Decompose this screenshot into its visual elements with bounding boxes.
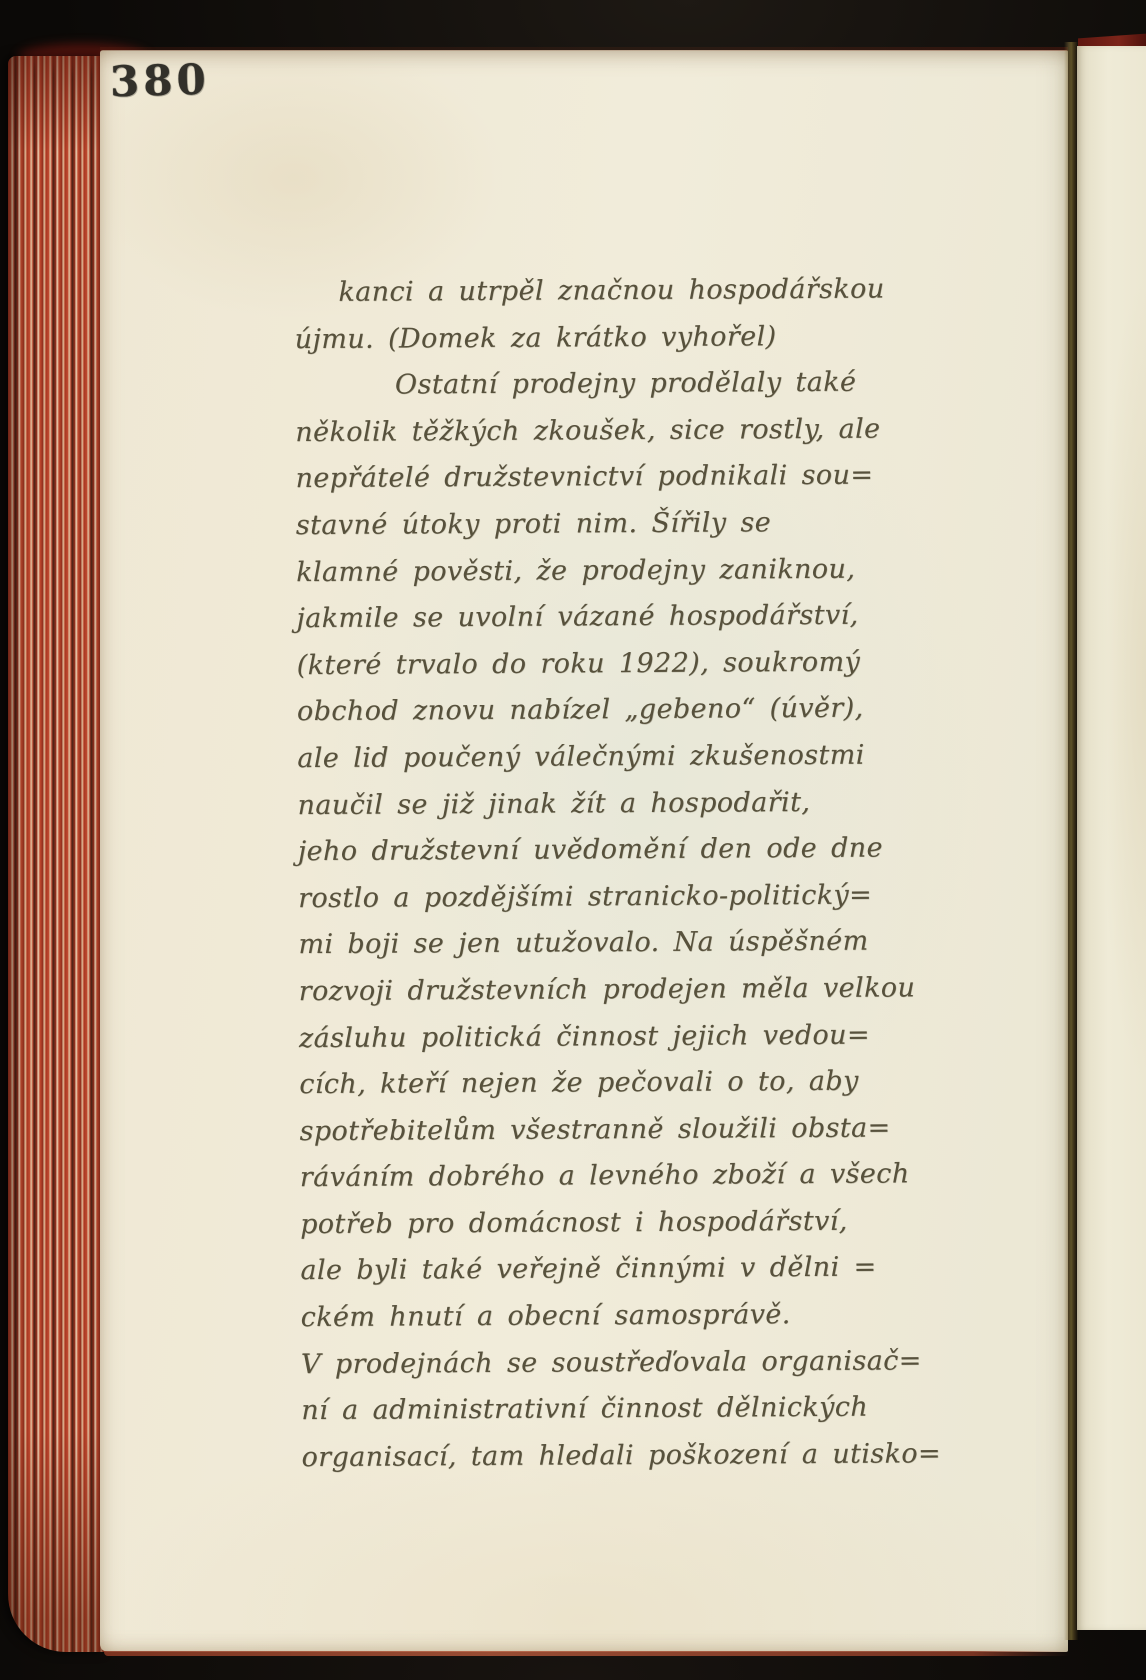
page-gutter xyxy=(1064,42,1078,1640)
handwriting-line: jeho družstevní uvědomění den ode dne xyxy=(298,825,998,876)
handwriting-line: cích, kteří nejen že pečovali o to, aby xyxy=(299,1058,999,1109)
handwriting-line: ale lid poučený válečnými zkušenostmi xyxy=(297,732,997,783)
handwriting-line: ní a administrativní činnost dělnických xyxy=(301,1384,1001,1435)
handwriting-line: újmu. (Domek za krátko vyhořel) xyxy=(295,312,995,363)
handwriting-line: několik těžkých zkoušek, sice rostly, al… xyxy=(295,406,995,457)
handwriting-line: spotřebitelům všestranně sloužili obsta= xyxy=(299,1105,999,1156)
handwriting-line: Ostatní prodejny prodělaly také xyxy=(295,359,995,410)
handwriting-line: ckém hnutí a obecní samosprávě. xyxy=(301,1291,1001,1342)
handwriting-line: V prodejnách se soustřeďovala organisač= xyxy=(301,1338,1001,1389)
handwriting-line: rozvoji družstevních prodejen měla velko… xyxy=(299,965,999,1016)
handwriting-line: potřeb pro domácnost i hospodářství, xyxy=(300,1198,1000,1249)
handwriting-line: naučil se již jinak žít a hospodařit, xyxy=(297,778,997,829)
handwriting-line: obchod znovu nabízel „gebeno“ (úvěr), xyxy=(297,685,997,736)
handwriting-block: kanci a utrpěl značnou hospodářskou újmu… xyxy=(294,266,1001,1482)
handwriting-line: jakmile se uvolní vázané hospodářství, xyxy=(296,592,996,643)
handwriting-line: kanci a utrpěl značnou hospodářskou xyxy=(294,266,994,317)
handwriting-line: (které trvalo do roku 1922), soukromý xyxy=(297,639,997,690)
handwriting-line: ráváním dobrého a levného zboží a všech xyxy=(300,1151,1000,1202)
handwriting-line: nepřátelé družstevnictví podnikali sou= xyxy=(295,452,995,503)
adjacent-page-edge xyxy=(1077,46,1146,1630)
handwriting-line: klamné pověsti, že prodejny zaniknou, xyxy=(296,545,996,596)
red-page-edge-stack xyxy=(8,56,106,1652)
handwriting-line: stavné útoky proti nim. Šířily se xyxy=(296,499,996,550)
handwriting-line: rostlo a pozdějšími stranicko-politický= xyxy=(298,872,998,923)
handwriting-line: organisací, tam hledali poškození a utis… xyxy=(301,1431,1001,1482)
handwriting-line: mi boji se jen utužovalo. Na úspěšném xyxy=(298,918,998,969)
handwriting-line: ale byli také veřejně činnými v dělni = xyxy=(300,1244,1000,1295)
handwriting-line: zásluhu politická činnost jejich vedou= xyxy=(299,1011,999,1062)
page-number-stamp: 380 xyxy=(109,55,210,107)
book-scan: 380 kanci a utrpěl značnou hospodářskou … xyxy=(0,0,1146,1680)
